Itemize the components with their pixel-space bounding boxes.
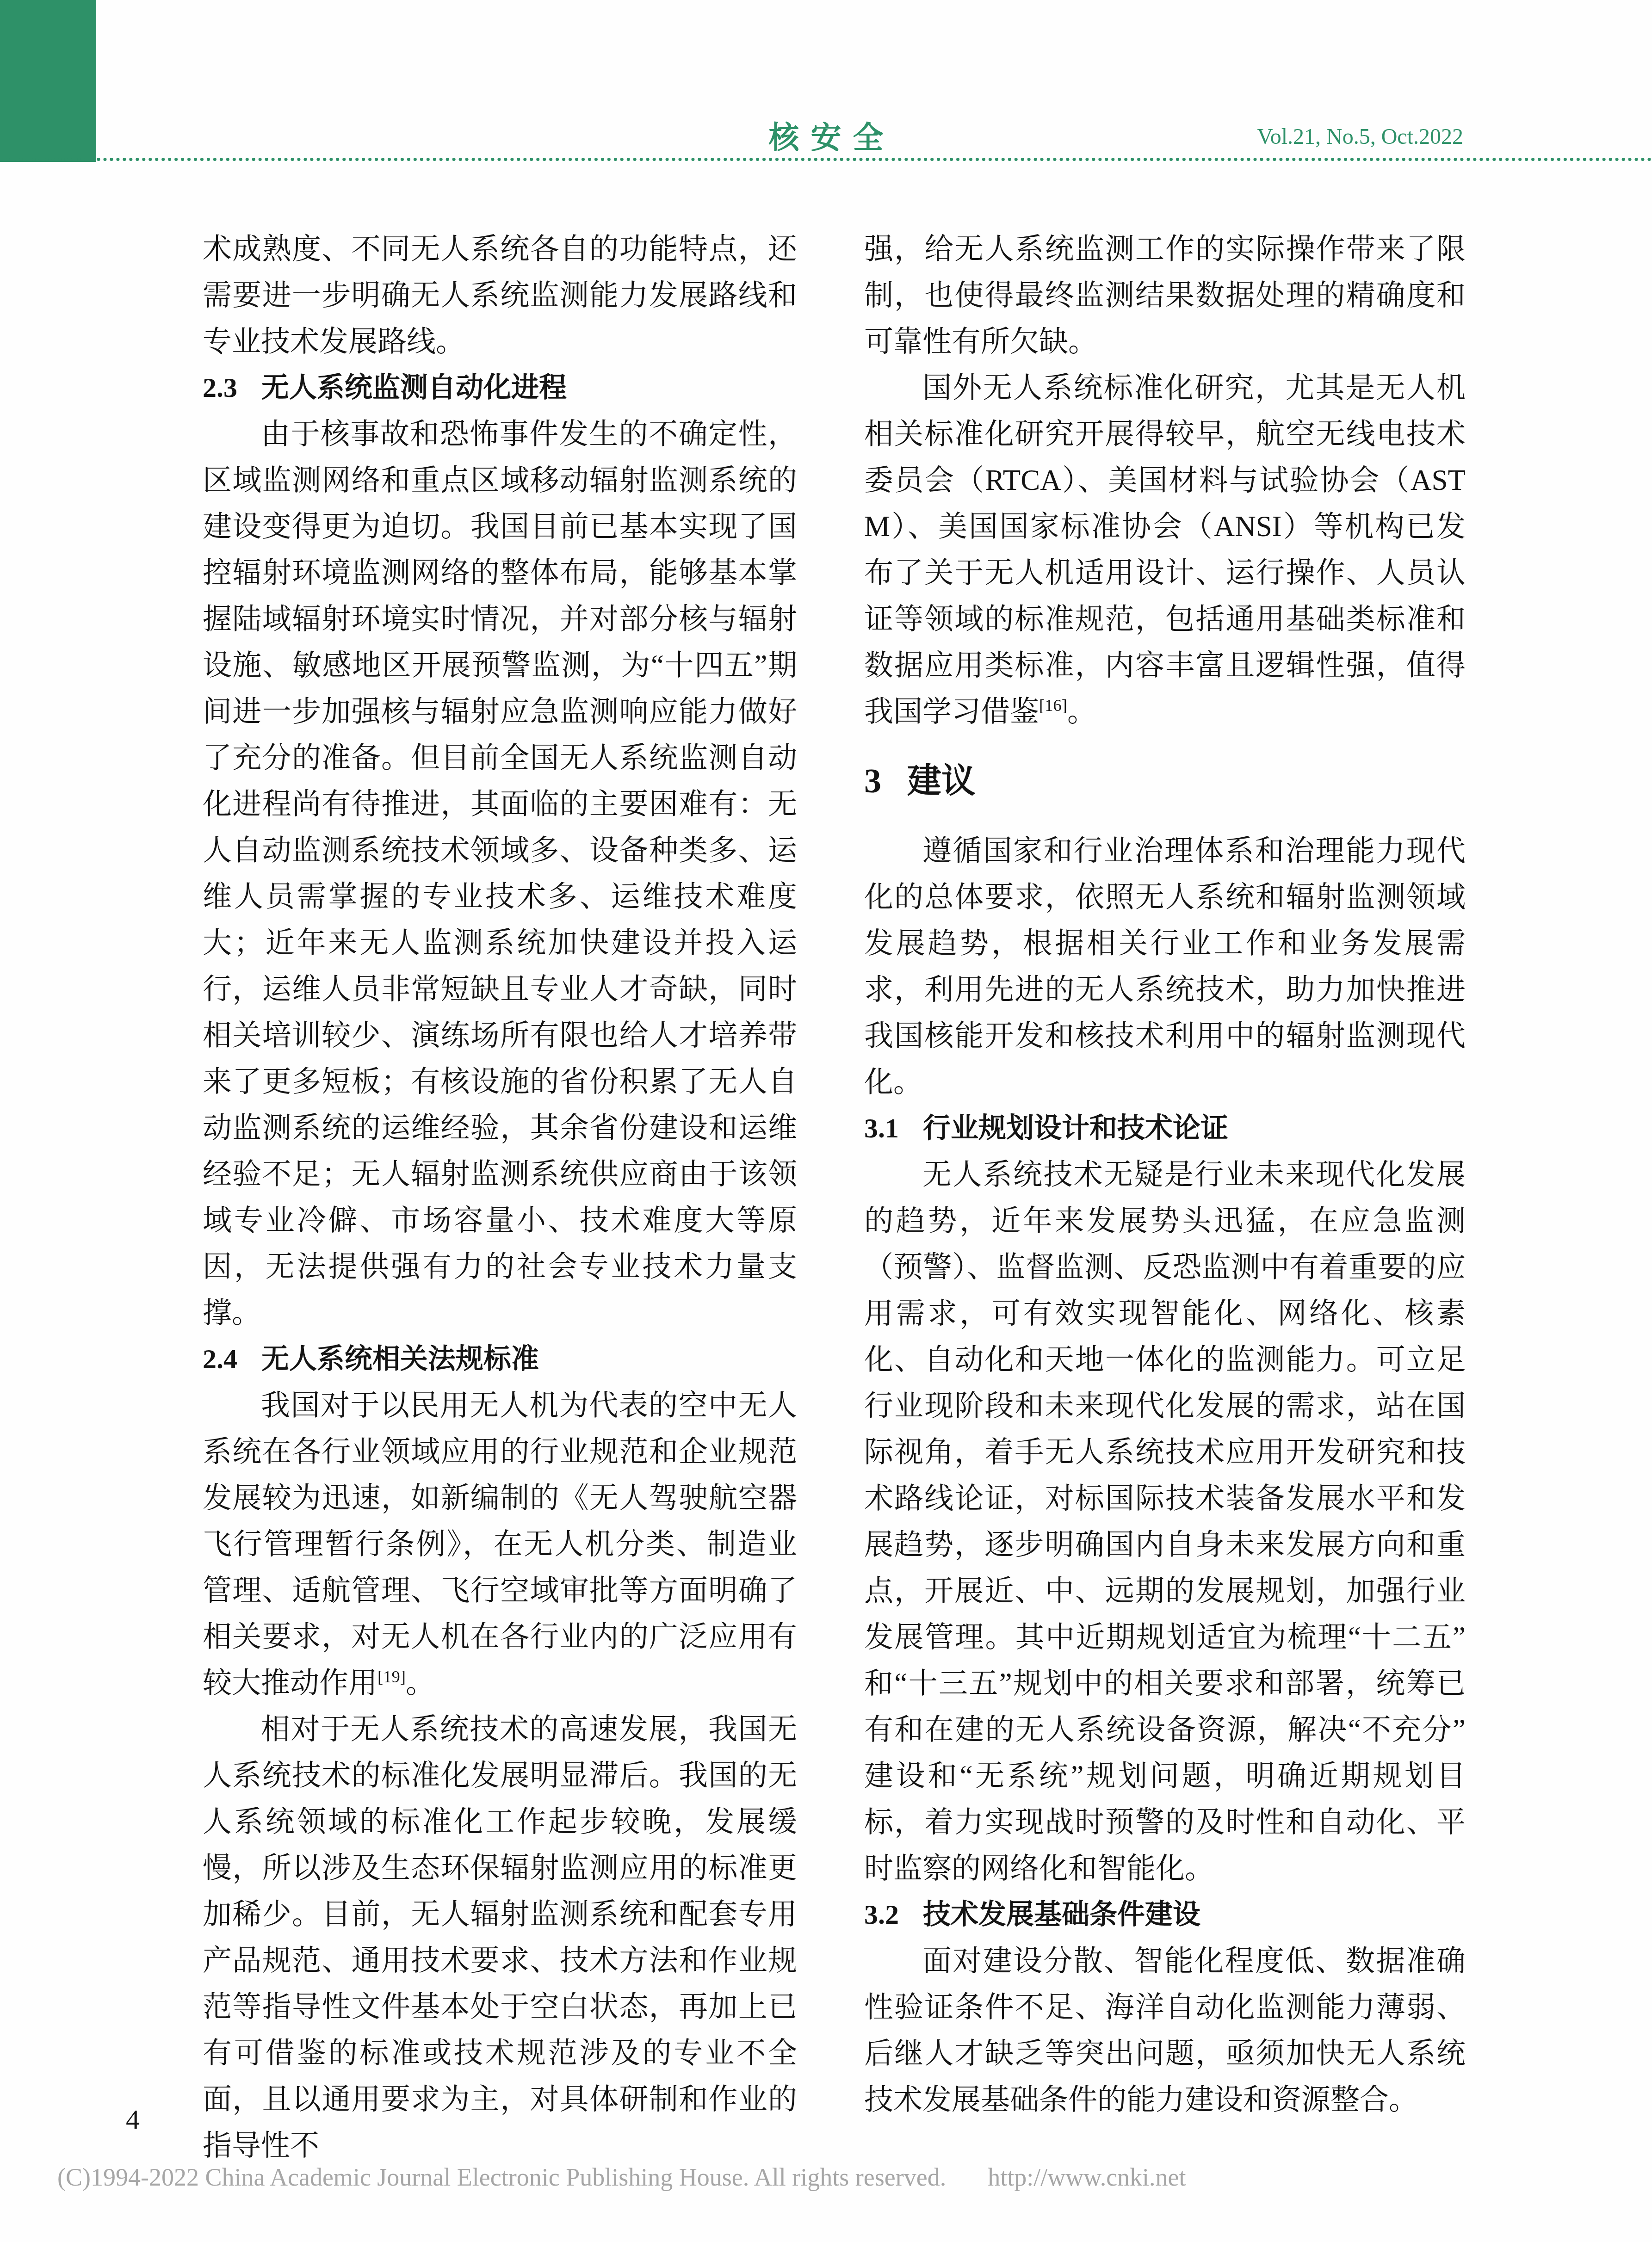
heading-3-suggestions: 3建议 [864,735,1466,828]
left-column: 术成熟度、不同无人系统各自的功能特点，还需要进一步明确无人系统监测能力发展路线和… [203,226,797,2168]
heading-title: 技术发展基础条件建设 [923,1899,1200,1930]
cnki-url: http://www.cnki.net [988,2163,1186,2191]
heading-number: 2.4 [203,1344,237,1374]
citation-ref-16: [16] [1039,696,1067,715]
heading-number: 3.1 [864,1113,899,1143]
paragraph-standardization-lag: 相对于无人系统技术的高速发展，我国无人系统技术的标准化发展明显滞后。我国的无人系… [203,1706,797,2168]
heading-title: 建议 [907,761,976,800]
citation-ref-19: [19] [377,1667,406,1686]
paragraph-automation-progress: 由于核事故和恐怖事件发生的不确定性，区域监测网络和重点区域移动辐射监测系统的建设… [203,411,797,1336]
heading-2-4: 2.4无人系统相关法规标准 [203,1336,797,1382]
copyright-text: (C)1994-2022 China Academic Journal Elec… [57,2163,946,2191]
paragraph-infrastructure: 面对建设分散、智能化程度低、数据准确性验证条件不足、海洋自动化监测能力薄弱、后继… [864,1938,1466,2123]
right-column: 强，给无人系统监测工作的实际操作带来了限制，也使得最终监测结果数据处理的精确度和… [864,226,1466,2123]
heading-title: 无人系统相关法规标准 [261,1343,539,1374]
heading-number: 2.3 [203,372,237,403]
journal-page: 核安全 Vol.21, No.5, Oct.2022 术成熟度、不同无人系统各自… [0,0,1652,2242]
paragraph-suggestions-intro: 遵循国家和行业治理体系和治理能力现代化的总体要求，依照无人系统和辐射监测领域发展… [864,828,1466,1105]
paragraph-continuation: 强，给无人系统监测工作的实际操作带来了限制，也使得最终监测结果数据处理的精确度和… [864,226,1466,364]
heading-3-2: 3.2技术发展基础条件建设 [864,1891,1466,1938]
header-dotted-rule [0,158,1652,161]
heading-3-1: 3.1行业规划设计和技术论证 [864,1105,1466,1151]
heading-number: 3 [864,762,881,800]
heading-number: 3.2 [864,1899,899,1930]
paragraph-industry-planning: 无人系统技术无疑是行业未来现代化发展的趋势，近年来发展势头迅猛，在应急监测（预警… [864,1151,1466,1891]
issue-info: Vol.21, No.5, Oct.2022 [1257,124,1463,149]
heading-2-3: 2.3无人系统监测自动化进程 [203,364,797,411]
heading-title: 无人系统监测自动化进程 [261,372,567,403]
paragraph-domestic-regulations: 我国对于以民用无人机为代表的空中无人系统在各行业领域应用的行业规范和企业规范发展… [203,1382,797,1706]
copyright-line: (C)1994-2022 China Academic Journal Elec… [57,2163,1596,2192]
paragraph-international-standards: 国外无人系统标准化研究，尤其是无人机相关标准化研究开展得较早，航空无线电技术委员… [864,364,1466,735]
heading-title: 行业规划设计和技术论证 [923,1112,1228,1143]
paragraph-continuation: 术成熟度、不同无人系统各自的功能特点，还需要进一步明确无人系统监测能力发展路线和… [203,226,797,364]
page-number: 4 [126,2104,140,2136]
